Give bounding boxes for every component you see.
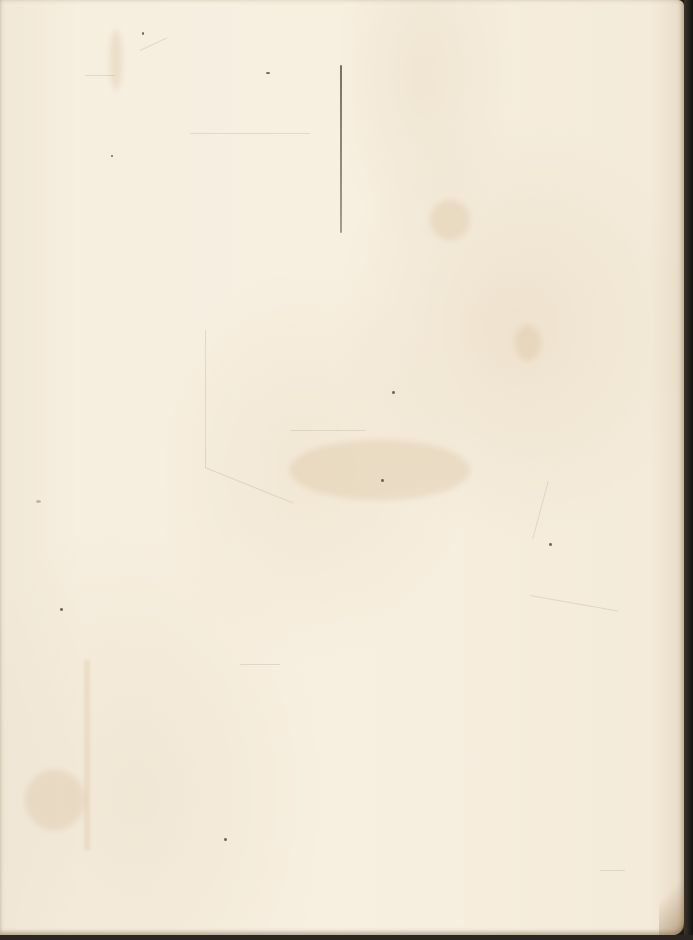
faint-scratch: [140, 37, 168, 51]
foxing-stain: [515, 325, 541, 361]
scan-edge-bottom: [0, 935, 693, 940]
scan-edge-right: [684, 0, 693, 940]
speck: [266, 72, 270, 74]
faint-scratch: [290, 430, 365, 431]
speck: [36, 500, 41, 503]
faint-scratch: [240, 664, 280, 665]
edge-discoloration: [84, 660, 90, 850]
paper-sheet: [0, 0, 684, 935]
pencil-mark: [340, 65, 342, 233]
foxing-stain: [25, 770, 85, 830]
faint-scratch: [532, 481, 548, 539]
faint-scratch: [190, 133, 310, 134]
speck: [60, 608, 63, 611]
faint-scratch: [205, 467, 293, 504]
speck: [142, 32, 144, 35]
foxing-stain: [110, 30, 122, 90]
worn-corner: [659, 875, 685, 935]
faint-scratch: [600, 870, 625, 871]
faint-scratch: [530, 595, 619, 612]
speck: [224, 838, 227, 841]
foxing-stain: [290, 440, 470, 500]
speck: [111, 155, 113, 157]
faint-scratch: [205, 330, 206, 467]
speck: [549, 543, 552, 546]
scanned-page: [0, 0, 693, 940]
speck: [381, 479, 384, 482]
foxing-stain: [430, 200, 470, 240]
speck: [392, 391, 395, 394]
